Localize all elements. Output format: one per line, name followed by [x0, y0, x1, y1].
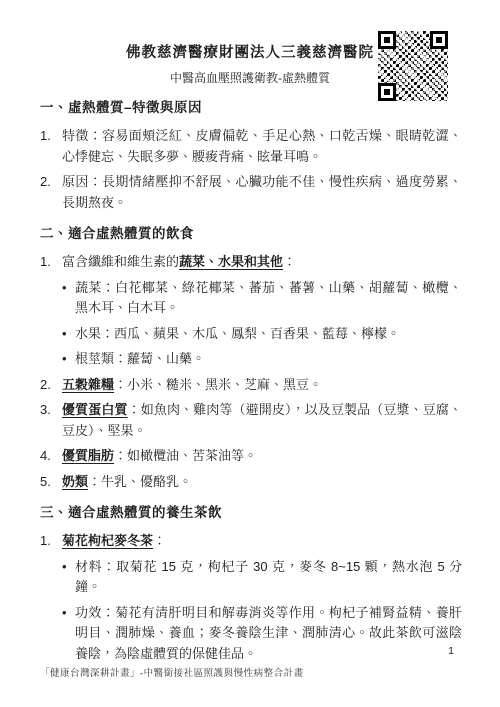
bullet-marker: • — [62, 557, 75, 598]
list-item: •材料：取菊花 15 克，枸杞子 30 克，麥冬 8~15 顆，熱水泡 5 分鐘… — [40, 557, 462, 598]
emphasized-term: 蔬菜、水果和其他 — [179, 254, 283, 269]
bullet-marker: • — [62, 603, 75, 665]
list-item: •蔬菜：白花椰菜、綠花椰菜、蕃茄、蕃薯、山藥、胡蘿蔔、橄欖、黑木耳、白木耳。 — [40, 278, 462, 319]
text-segment: 原因：長期情緒壓抑不舒展、心臟功能不佳、慢性疾病、過度勞累、長期熬夜。 — [62, 174, 462, 210]
section-heading: 一、虛熱體質–特徵與原因 — [40, 99, 462, 117]
list-item: 2.原因：長期情緒壓抑不舒展、心臟功能不佳、慢性疾病、過度勞累、長期熬夜。 — [40, 172, 462, 213]
list-item: 3.優質蛋白質：如魚肉、雞肉等（避開皮），以及豆製品（豆漿、豆腐、豆皮）、堅果。 — [40, 400, 462, 441]
list-item-text: 水果：西瓜、蘋果、木瓜、鳳梨、百香果、藍莓、檸檬。 — [75, 324, 462, 345]
qr-code-icon — [378, 31, 448, 101]
list-item-text: 菊花枸杞麥冬茶： — [62, 531, 462, 552]
list-item-text: 優質脂肪：如橄欖油、苦茶油等。 — [62, 446, 462, 467]
number-marker: 1. — [40, 531, 62, 552]
number-marker: 1. — [40, 252, 62, 273]
bullet-marker: • — [62, 278, 75, 319]
list-item: 1.富含纖維和維生素的蔬菜、水果和其他： — [40, 252, 462, 273]
list-item: 4.優質脂肪：如橄欖油、苦茶油等。 — [40, 446, 462, 467]
list-item-text: 特徵：容易面頰泛紅、皮膚偏乾、手足心熱、口乾舌燥、眼睛乾澀、心悸健忘、失眠多夢、… — [62, 126, 462, 167]
text-segment: 功效：菊花有清肝明目和解毒消炎等作用。枸杞子補腎益精、養肝明目、潤肺燥、養血；麥… — [75, 605, 462, 661]
list-item: 2.五穀雜糧：小米、糙米、黑米、芝麻、黑豆。 — [40, 375, 462, 396]
list-item-text: 根莖類：蘿蔔、山藥。 — [75, 349, 462, 370]
qr-finder-icon — [378, 83, 396, 101]
list-item-text: 奶類：牛乳、優酪乳。 — [62, 472, 462, 493]
qr-finder-icon — [430, 31, 448, 49]
emphasized-term: 優質蛋白質 — [62, 402, 128, 417]
emphasized-term: 優質脂肪 — [62, 448, 114, 463]
number-marker: 3. — [40, 400, 62, 441]
section-heading: 二、適合虛熱體質的飲食 — [40, 225, 462, 243]
list-item: 1.特徵：容易面頰泛紅、皮膚偏乾、手足心熱、口乾舌燥、眼睛乾澀、心悸健忘、失眠多… — [40, 126, 462, 167]
number-marker: 1. — [40, 126, 62, 167]
number-marker: 2. — [40, 172, 62, 213]
number-marker: 5. — [40, 472, 62, 493]
emphasized-term: 五穀雜糧 — [62, 377, 114, 392]
list-item-text: 優質蛋白質：如魚肉、雞肉等（避開皮），以及豆製品（豆漿、豆腐、豆皮）、堅果。 — [62, 400, 462, 441]
list-item: •根莖類：蘿蔔、山藥。 — [40, 349, 462, 370]
list-item-text: 富含纖維和維生素的蔬菜、水果和其他： — [62, 252, 462, 273]
section-heading: 三、適合虛熱體質的養生茶飲 — [40, 504, 462, 522]
list-item-text: 五穀雜糧：小米、糙米、黑米、芝麻、黑豆。 — [62, 375, 462, 396]
qr-finder-icon — [378, 31, 396, 49]
text-segment: 蔬菜：白花椰菜、綠花椰菜、蕃茄、蕃薯、山藥、胡蘿蔔、橄欖、黑木耳、白木耳。 — [75, 280, 462, 316]
list-item-text: 蔬菜：白花椰菜、綠花椰菜、蕃茄、蕃薯、山藥、胡蘿蔔、橄欖、黑木耳、白木耳。 — [75, 278, 462, 319]
bullet-marker: • — [62, 349, 75, 370]
list-item: •水果：西瓜、蘋果、木瓜、鳳梨、百香果、藍莓、檸檬。 — [40, 324, 462, 345]
text-segment: ： — [153, 533, 166, 548]
list-item-text: 原因：長期情緒壓抑不舒展、心臟功能不佳、慢性疾病、過度勞累、長期熬夜。 — [62, 172, 462, 213]
text-segment: ：如橄欖油、苦茶油等。 — [114, 448, 257, 463]
emphasized-term: 奶類 — [62, 474, 88, 489]
number-marker: 2. — [40, 375, 62, 396]
list-item: 1.菊花枸杞麥冬茶： — [40, 531, 462, 552]
text-segment: 水果：西瓜、蘋果、木瓜、鳳梨、百香果、藍莓、檸檬。 — [75, 326, 400, 341]
list-item: •功效：菊花有清肝明目和解毒消炎等作用。枸杞子補腎益精、養肝明目、潤肺燥、養血；… — [40, 603, 462, 665]
list-item-text: 材料：取菊花 15 克，枸杞子 30 克，麥冬 8~15 顆，熱水泡 5 分鐘。 — [75, 557, 462, 598]
page-number: 1 — [448, 645, 454, 657]
text-segment: ：小米、糙米、黑米、芝麻、黑豆。 — [114, 377, 322, 392]
footer-note: 「健康台灣深耕計畫」-中醫銜接社區照護與慢性病整合計畫 — [40, 665, 304, 679]
document-page: 佛教慈濟醫療財團法人三義慈濟醫院 中醫高血壓照護衛教-虛熱體質 一、虛熱體質–特… — [0, 0, 500, 707]
text-segment: 材料：取菊花 15 克，枸杞子 30 克，麥冬 8~15 顆，熱水泡 5 分鐘。 — [75, 559, 462, 595]
number-marker: 4. — [40, 446, 62, 467]
bullet-marker: • — [62, 324, 75, 345]
emphasized-term: 菊花枸杞麥冬茶 — [62, 533, 153, 548]
text-segment: 根莖類：蘿蔔、山藥。 — [75, 351, 205, 366]
sections: 一、虛熱體質–特徵與原因1.特徵：容易面頰泛紅、皮膚偏乾、手足心熱、口乾舌燥、眼… — [38, 99, 462, 664]
list-item: 5.奶類：牛乳、優酪乳。 — [40, 472, 462, 493]
list-item-text: 功效：菊花有清肝明目和解毒消炎等作用。枸杞子補腎益精、養肝明目、潤肺燥、養血；麥… — [75, 603, 462, 665]
text-segment: 富含纖維和維生素的 — [62, 254, 179, 269]
text-segment: ：牛乳、優酪乳。 — [88, 474, 192, 489]
text-segment: 特徵：容易面頰泛紅、皮膚偏乾、手足心熱、口乾舌燥、眼睛乾澀、心悸健忘、失眠多夢、… — [62, 128, 462, 164]
text-segment: ： — [283, 254, 296, 269]
